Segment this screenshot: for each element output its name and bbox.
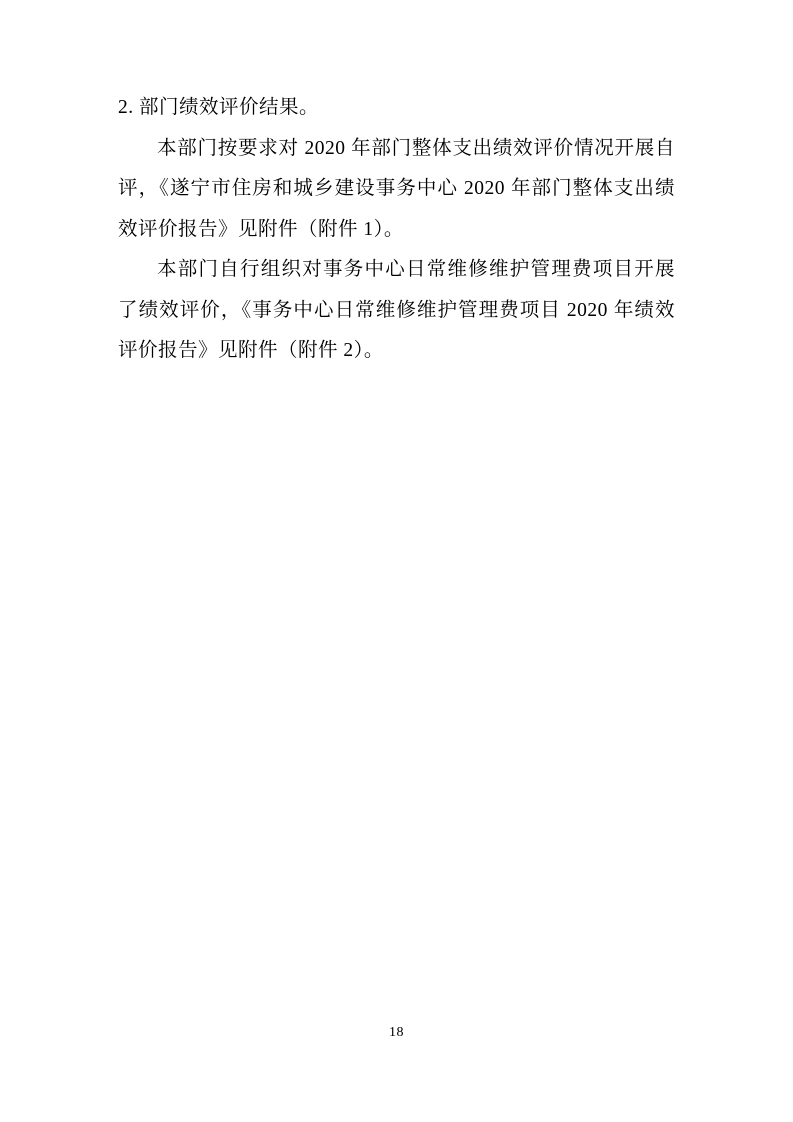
section-heading: 2. 部门绩效评价结果。	[118, 88, 675, 129]
page-number: 18	[0, 1024, 793, 1042]
paragraph-performance-self-evaluation: 本部门按要求对 2020 年部门整体支出绩效评价情况开展自评，《遂宁市住房和城乡…	[118, 129, 675, 251]
document-body: 2. 部门绩效评价结果。 本部门按要求对 2020 年部门整体支出绩效评价情况开…	[118, 88, 675, 372]
paragraph-project-evaluation: 本部门自行组织对事务中心日常维修维护管理费项目开展了绩效评价，《事务中心日常维修…	[118, 250, 675, 372]
document-page: 2. 部门绩效评价结果。 本部门按要求对 2020 年部门整体支出绩效评价情况开…	[0, 0, 793, 1122]
